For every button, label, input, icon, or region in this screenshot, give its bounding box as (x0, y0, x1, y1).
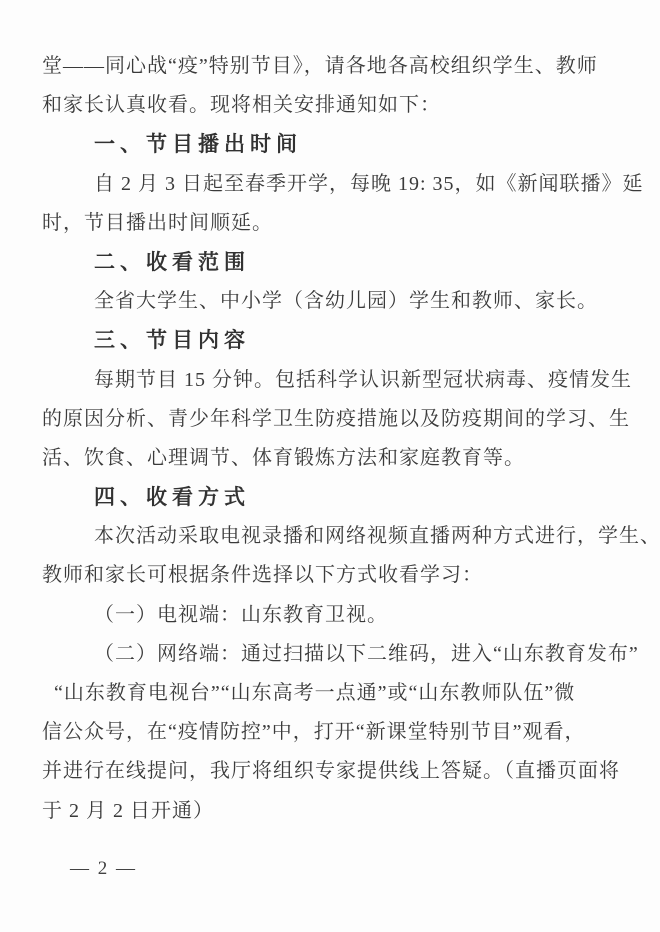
document-page: 堂——同心战“疫”特别节目》，请各地各高校组织学生、教师 和家长认真收看。现将相… (0, 0, 660, 932)
paragraph-line: 的原因分析、青少年科学卫生防疫措施以及防疫期间的学习、生 (42, 400, 636, 439)
paragraph-line: 和家长认真收看。现将相关安排通知如下： (42, 86, 636, 125)
section-heading: 四、收看方式 (42, 478, 636, 517)
paragraph-line: 自 2 月 3 日起至春季开学，每晚 19: 35，如《新闻联播》延 (42, 165, 636, 204)
page-number: — 2 — (70, 858, 137, 880)
section-heading: 一、节目播出时间 (42, 125, 636, 164)
paragraph-line: 本次活动采取电视录播和网络视频直播两种方式进行，学生、 (42, 517, 636, 556)
document-content: 堂——同心战“疫”特别节目》，请各地各高校组织学生、教师 和家长认真收看。现将相… (42, 47, 636, 831)
paragraph-line: 信公众号，在“疫情防控”中，打开“新课堂特别节目”观看， (42, 713, 636, 752)
paragraph-line: 堂——同心战“疫”特别节目》，请各地各高校组织学生、教师 (42, 47, 636, 86)
section-heading: 二、收看范围 (42, 243, 636, 282)
paragraph-line: （二）网络端：通过扫描以下二维码，进入“山东教育发布” (42, 635, 636, 674)
paragraph-line: 每期节目 15 分钟。包括科学认识新型冠状病毒、疫情发生 (42, 361, 636, 400)
section-heading: 三、节目内容 (42, 321, 636, 360)
paragraph-line: “山东教育电视台”“山东高考一点通”或“山东教师队伍”微 (42, 674, 636, 713)
paragraph-line: 活、饮食、心理调节、体育锻炼方法和家庭教育等。 (42, 439, 636, 478)
paragraph-line: 教师和家长可根据条件选择以下方式收看学习： (42, 556, 636, 595)
paragraph-line: 于 2 月 2 日开通） (42, 792, 636, 831)
paragraph-line: 全省大学生、中小学（含幼儿园）学生和教师、家长。 (42, 282, 636, 321)
paragraph-line: （一）电视端：山东教育卫视。 (42, 596, 636, 635)
paragraph-line: 并进行在线提问，我厅将组织专家提供线上答疑。（直播页面将 (42, 752, 636, 791)
paragraph-line: 时，节目播出时间顺延。 (42, 204, 636, 243)
